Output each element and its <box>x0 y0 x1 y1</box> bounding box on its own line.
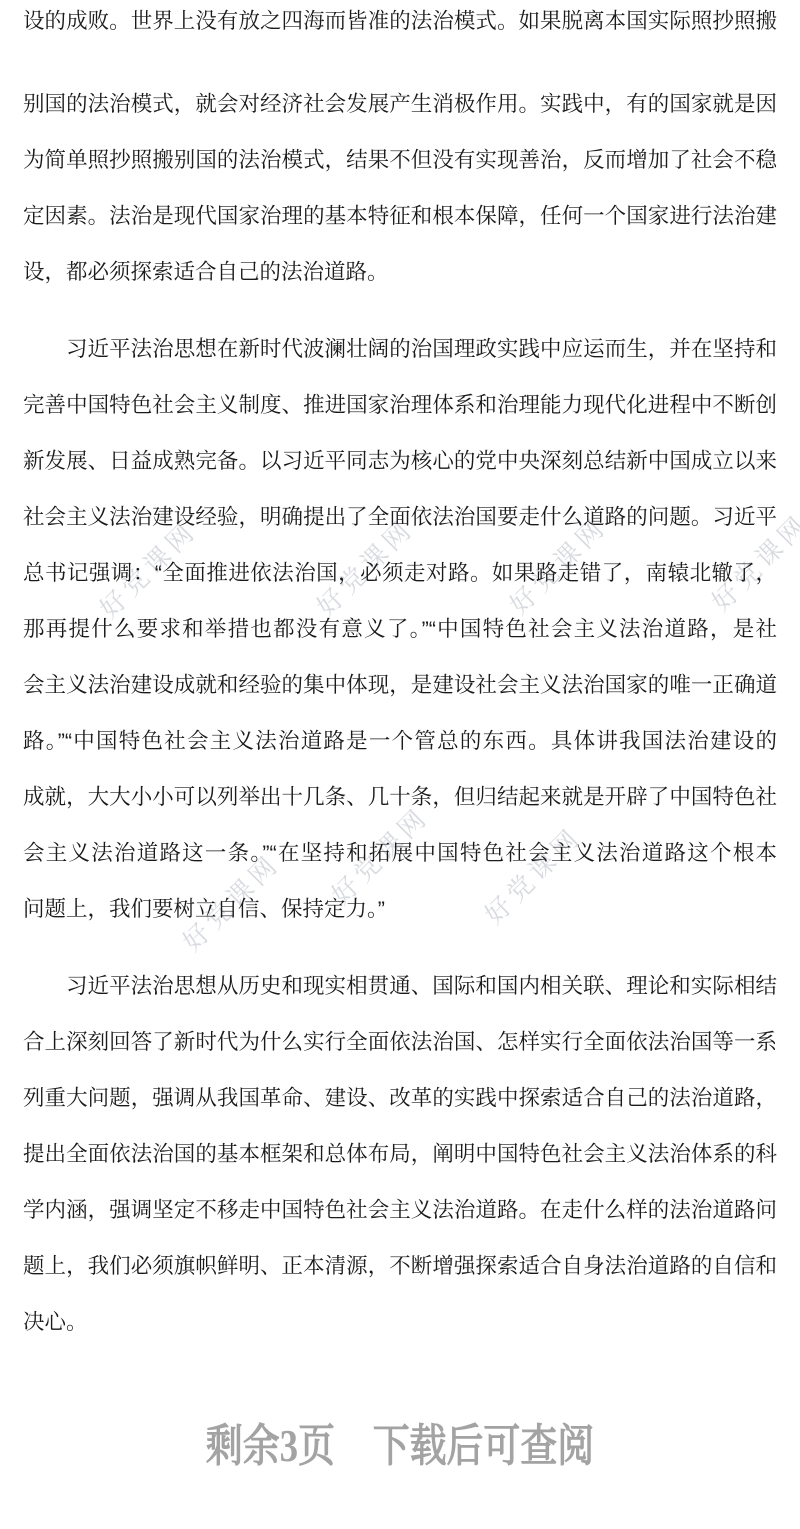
document-line: 路。”“中国特色社会主义法治道路是一个管总的东西。具体讲我国法治建设的 <box>23 713 777 769</box>
document-line: 设的成败。世界上没有放之四海而皆准的法治模式。如果脱离本国实际照抄照搬 <box>23 0 777 49</box>
document-line: 习近平法治思想从历史和现实相贯通、国际和国内相关联、理论和实际相结 <box>23 958 777 1014</box>
remaining-pages-label: 剩余3页 <box>206 1421 335 1471</box>
document-line: 设，都必须探索适合自己的法治道路。 <box>23 244 777 300</box>
document-line: 定因素。法治是现代国家治理的基本特征和根本保障，任何一个国家进行法治建 <box>23 188 777 244</box>
document-line: 决心。 <box>23 1294 777 1350</box>
document-line: 会主义法治建设成就和经验的集中体现，是建设社会主义法治国家的唯一正确道 <box>23 657 777 713</box>
document-body: 设的成败。世界上没有放之四海而皆准的法治模式。如果脱离本国实际照抄照搬 别国的法… <box>0 0 800 1350</box>
document-line: 为简单照抄照搬别国的法治模式，结果不但没有实现善治，反而增加了社会不稳 <box>23 132 777 188</box>
document-line: 成就，大大小小可以列举出十几条、几十条，但归结起来就是开辟了中国特色社 <box>23 769 777 825</box>
document-line: 那再提什么要求和举措也都没有意义了。”“中国特色社会主义法治道路，是社 <box>23 601 777 657</box>
document-line: 题上，我们必须旗帜鲜明、正本清源，不断增强探索适合自身法治道路的自信和 <box>23 1238 777 1294</box>
document-line: 总书记强调：“全面推进依法治国，必须走对路。如果路走错了，南辕北辙了， <box>23 545 777 601</box>
document-line: 会主义法治道路这一条。”“在坚持和拓展中国特色社会主义法治道路这个根本 <box>23 825 777 881</box>
document-line: 合上深刻回答了新时代为什么实行全面依法治国、怎样实行全面依法治国等一系 <box>23 1014 777 1070</box>
document-line: 习近平法治思想在新时代波澜壮阔的治国理政实践中应运而生，并在坚持和 <box>23 321 777 377</box>
document-preview-page: 好党课网 好党课网 好党课网 好党课网 好党课网 好党课网 好党课网 设的成败。… <box>0 0 800 1522</box>
remaining-pages-notice: 剩余3页下载后可查阅 <box>72 1416 728 1476</box>
document-line: 问题上，我们要树立自信、保持定力。” <box>23 881 777 937</box>
document-line: 社会主义法治建设经验，明确提出了全面依法治国要走什么道路的问题。习近平 <box>23 489 777 545</box>
document-line: 提出全面依法治国的基本框架和总体布局，阐明中国特色社会主义法治体系的科 <box>23 1126 777 1182</box>
document-line: 完善中国特色社会主义制度、推进国家治理体系和治理能力现代化进程中不断创 <box>23 377 777 433</box>
document-line: 别国的法治模式，就会对经济社会发展产生消极作用。实践中，有的国家就是因 <box>23 76 777 132</box>
document-line: 列重大问题，强调从我国革命、建设、改革的实践中探索适合自己的法治道路， <box>23 1070 777 1126</box>
download-hint-label: 下载后可查阅 <box>373 1421 594 1471</box>
document-line: 学内涵，强调坚定不移走中国特色社会主义法治道路。在走什么样的法治道路问 <box>23 1182 777 1238</box>
document-line: 新发展、日益成熟完备。以习近平同志为核心的党中央深刻总结新中国成立以来 <box>23 433 777 489</box>
